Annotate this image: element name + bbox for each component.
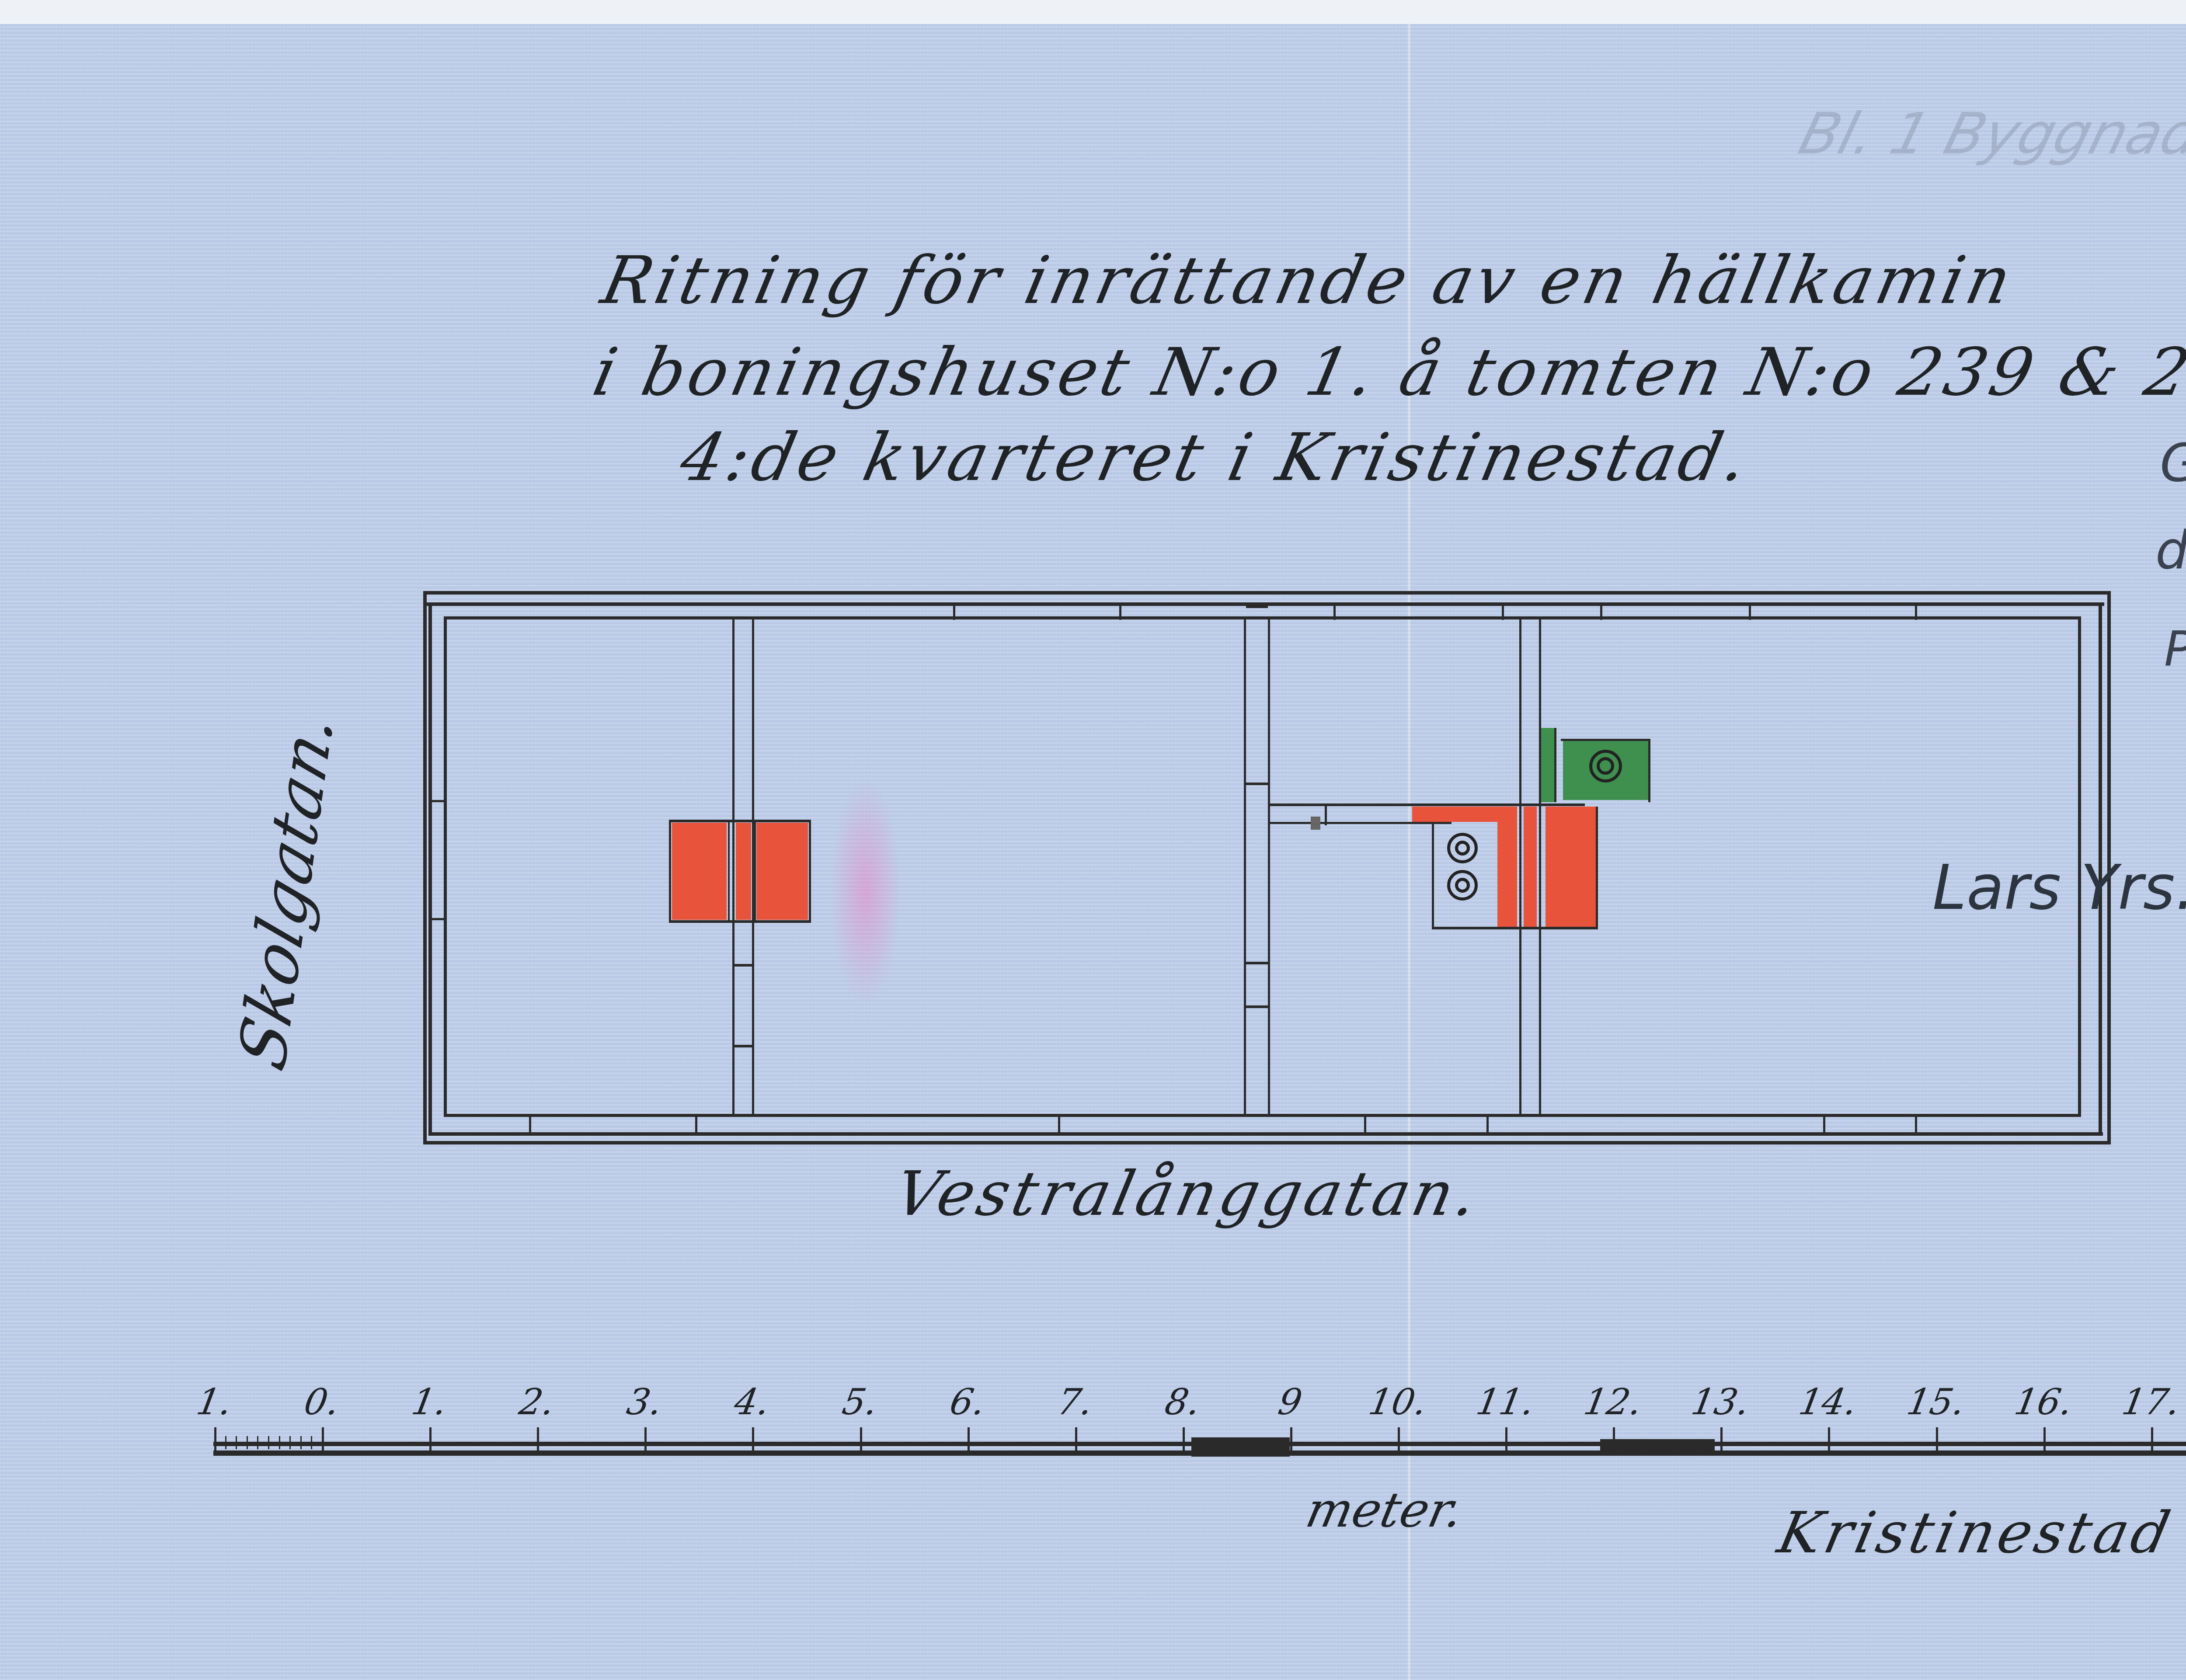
scale-tick-label: 6. bbox=[947, 1381, 988, 1423]
scale-tick bbox=[1505, 1427, 1507, 1451]
scale-tick-label: 5. bbox=[839, 1381, 881, 1423]
scale-minor-tick bbox=[257, 1436, 258, 1449]
approval-line-3: På byggnadsnämndens vägnar bbox=[2164, 621, 2186, 677]
door-marker bbox=[1311, 817, 1320, 830]
scale-tick bbox=[1828, 1427, 1830, 1451]
scale-tick bbox=[1398, 1427, 1400, 1451]
scale-tick bbox=[537, 1427, 539, 1451]
scale-tick-label: 8. bbox=[1162, 1381, 1203, 1423]
scale-tick bbox=[644, 1427, 647, 1451]
scale-unit-label: meter. bbox=[1301, 1482, 1468, 1538]
scale-minor-tick bbox=[225, 1436, 226, 1449]
scale-minor-tick bbox=[311, 1436, 312, 1449]
scale-tick bbox=[1613, 1427, 1615, 1451]
approval-signature: Lars Yrs… Lund bbox=[1932, 852, 2186, 924]
scale-tick bbox=[2151, 1427, 2153, 1451]
title-line-2: i boningshuset N:o 1. å tomten N:o 239 &… bbox=[587, 334, 2186, 410]
approval-line-2: den 20-2-1933 bbox=[2155, 520, 2186, 581]
scale-tick-label: 14. bbox=[1796, 1381, 1860, 1423]
scale-minor-tick bbox=[236, 1436, 237, 1449]
scale-tick bbox=[860, 1427, 862, 1451]
scale-tick-label: 15. bbox=[1904, 1381, 1968, 1423]
street-label-vestralanggatan: Vestralånggatan. bbox=[889, 1158, 1487, 1230]
title-line-3: 4:de kvarteret i Kristinestad. bbox=[674, 420, 1758, 496]
title-line-1: Ritning för inrättande av en hällkamin bbox=[595, 243, 2021, 319]
scale-tick bbox=[214, 1427, 216, 1451]
scale-minor-tick bbox=[268, 1436, 269, 1449]
scale-tick bbox=[1290, 1427, 1292, 1451]
scale-tick bbox=[1720, 1427, 1723, 1451]
scale-tick-label: 16. bbox=[2011, 1381, 2075, 1423]
scale-tick-label: 13. bbox=[1688, 1381, 1753, 1423]
scale-tick bbox=[1936, 1427, 1938, 1451]
scale-tick bbox=[968, 1427, 970, 1451]
scale-minor-tick bbox=[279, 1436, 280, 1449]
scale-tick bbox=[1183, 1427, 1185, 1451]
scale-tick-label: 7. bbox=[1054, 1381, 1096, 1423]
faint-archive-note: Bl. 1 Byggnadsnämndens arkiv bbox=[1793, 101, 2186, 167]
scale-tick bbox=[2043, 1427, 2046, 1451]
scale-tick-label: 17. bbox=[2119, 1381, 2183, 1423]
scale-tick-label: 10. bbox=[1365, 1381, 1430, 1423]
scale-tick-label: 1. bbox=[193, 1381, 235, 1423]
scale-minor-tick bbox=[289, 1436, 291, 1449]
approval-line-1: Godkänt af byggnadsnämnden bbox=[2160, 433, 2186, 494]
scale-tick-label: 11. bbox=[1473, 1381, 1538, 1423]
scale-tick bbox=[429, 1427, 432, 1451]
scale-tick bbox=[752, 1427, 754, 1451]
scale-tick bbox=[1075, 1427, 1077, 1451]
scale-tick bbox=[322, 1427, 324, 1451]
scale-minor-tick bbox=[300, 1436, 302, 1449]
scale-tick-label: 12. bbox=[1581, 1381, 1645, 1423]
scale-minor-tick bbox=[247, 1436, 248, 1449]
place-date: Kristinestad i febr. 1933. bbox=[1772, 1499, 2186, 1566]
